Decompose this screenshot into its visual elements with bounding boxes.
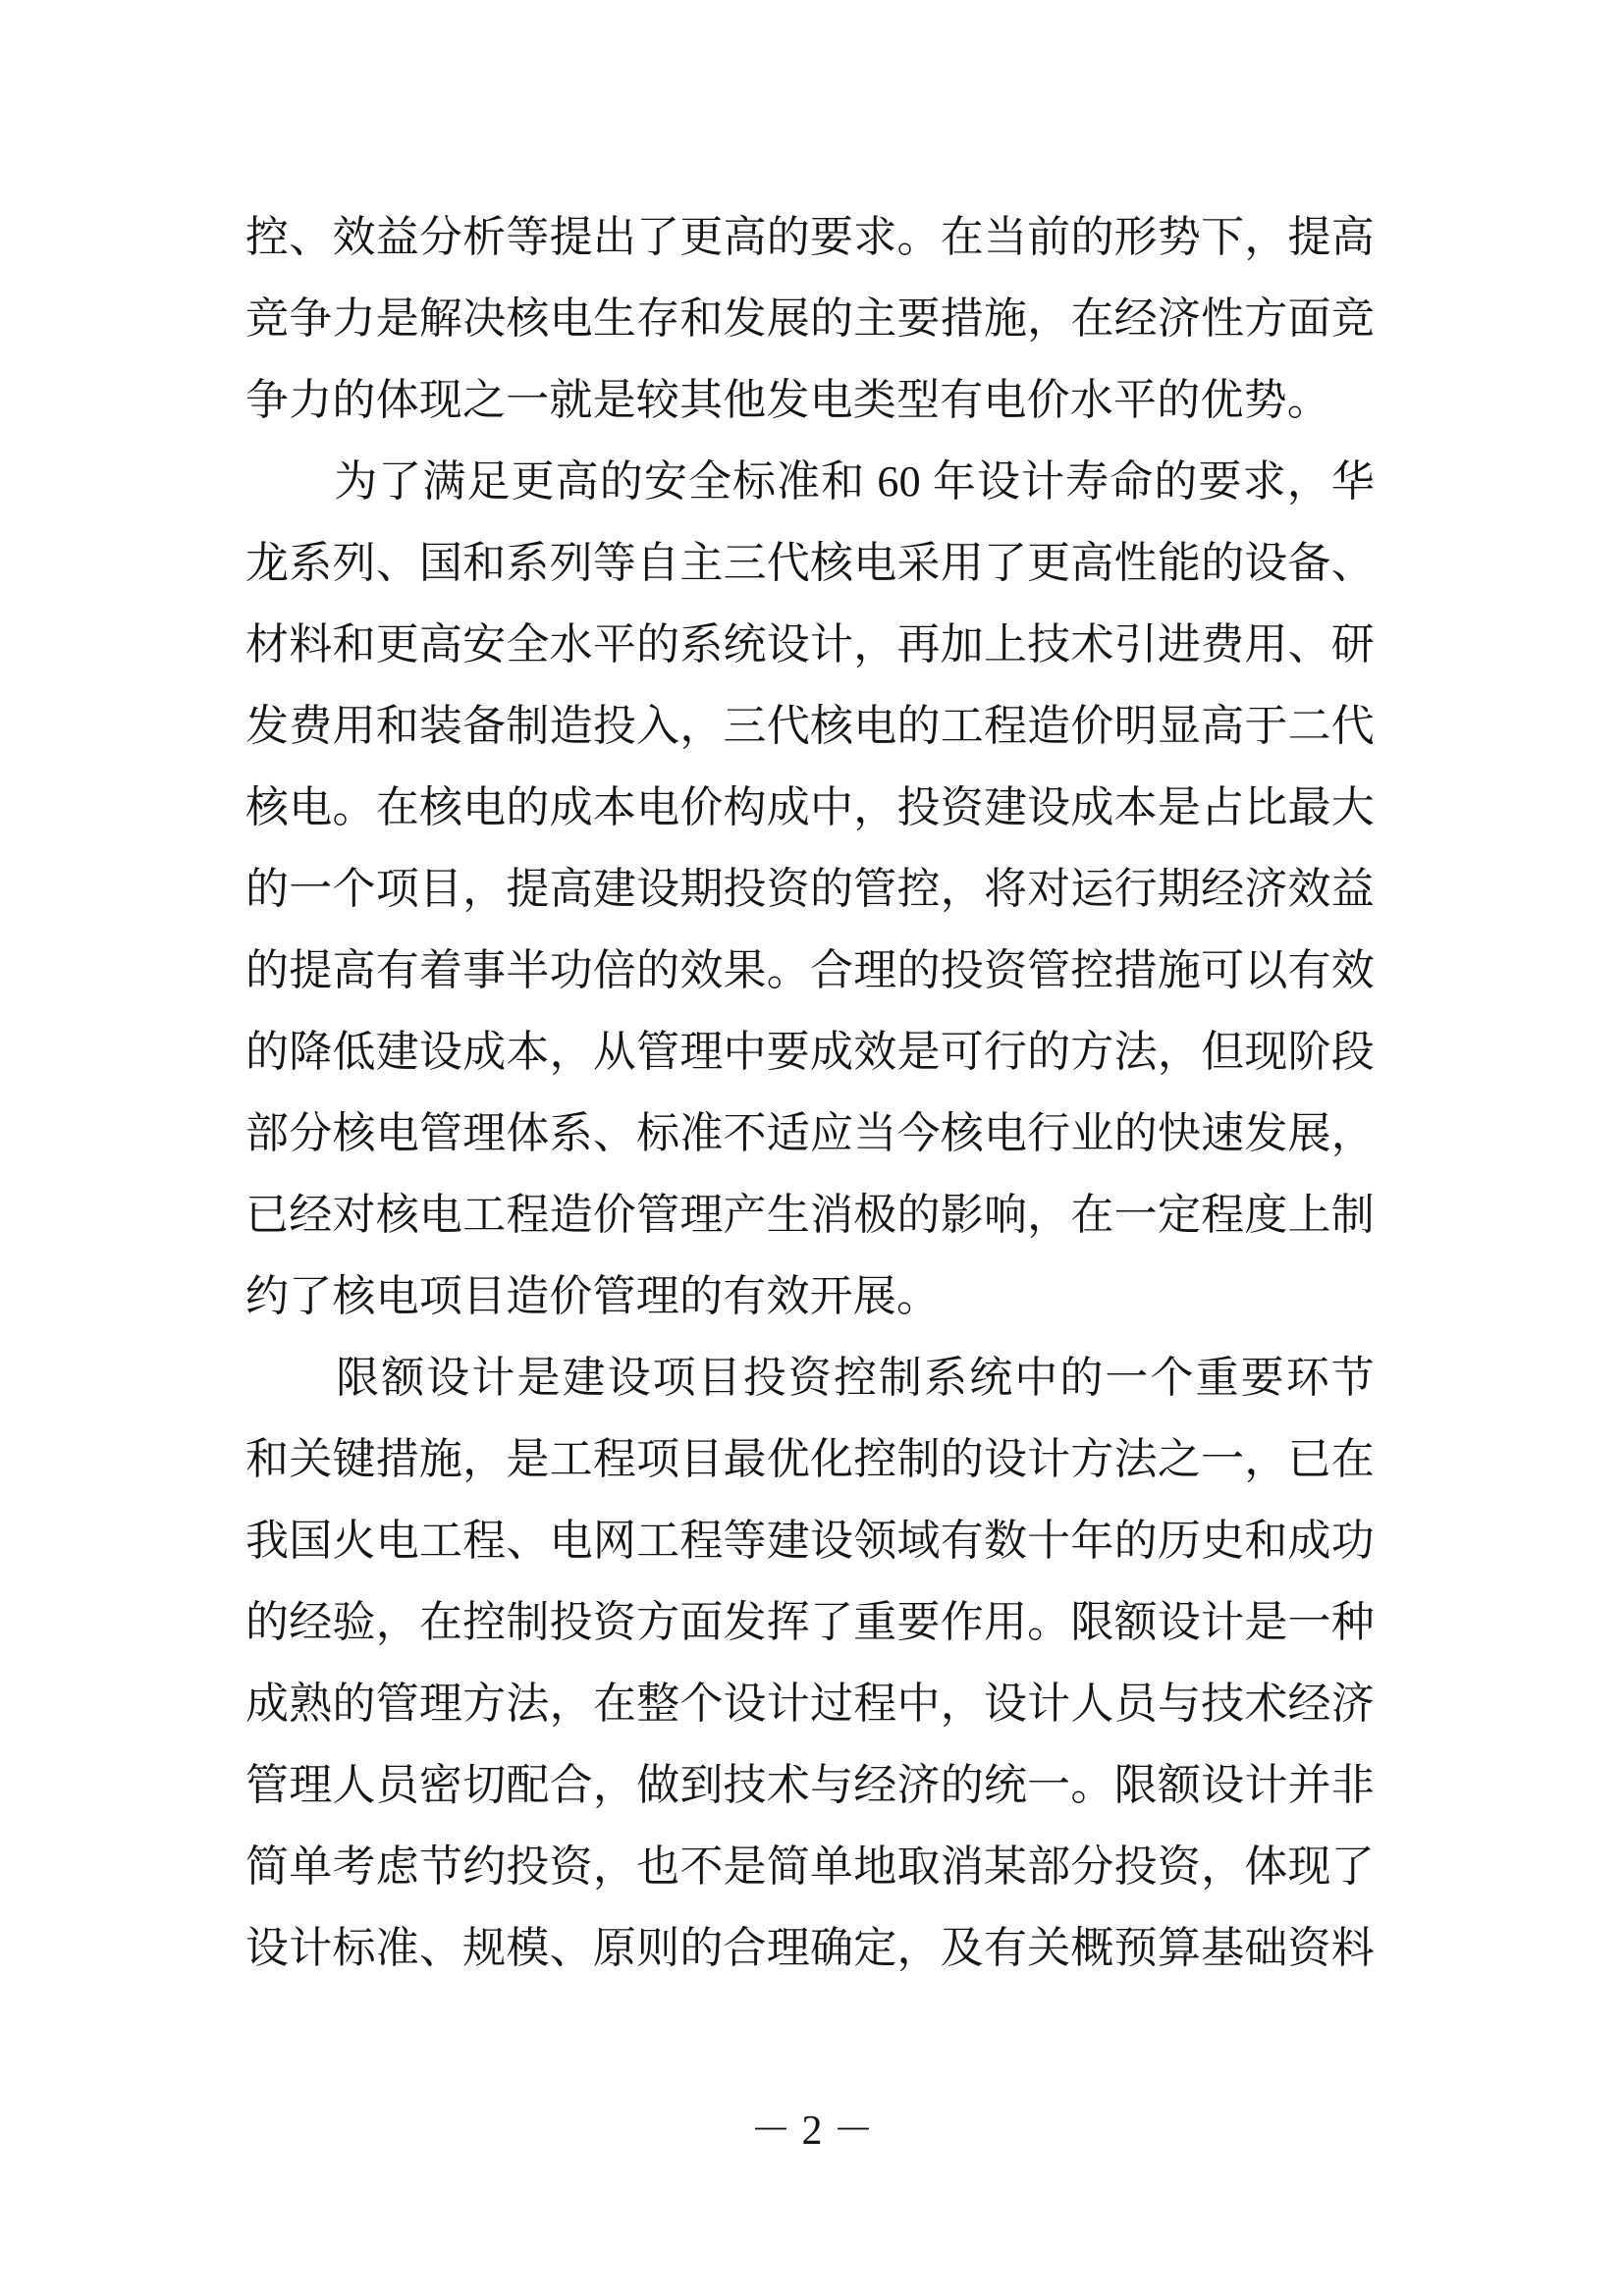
body-line-8: 核电。在核电的成本电价构成中，投资建设成本是占比最大: [245, 767, 1375, 848]
body-line-7: 发费用和装备制造投入，三代核电的工程造价明显高于二代: [245, 685, 1375, 767]
body-line-4: 为了满足更高的安全标准和 60 年设计寿命的要求，华: [245, 441, 1375, 522]
document-page: 控、效益分析等提出了更高的要求。在当前的形势下，提高 竞争力是解决核电生存和发展…: [0, 0, 1624, 2296]
body-line-16: 和关键措施，是工程项目最优化控制的设计方法之一，已在: [245, 1418, 1375, 1500]
body-line-17: 我国火电工程、电网工程等建设领域有数十年的历史和成功: [245, 1500, 1375, 1581]
body-line-3: 争力的体现之一就是较其他发电类型有电价水平的优势。: [245, 359, 1375, 441]
body-line-21: 简单考虑节约投资，也不是简单地取消某部分投资，体现了: [245, 1826, 1375, 1907]
page-number: － 2 －: [0, 2110, 1624, 2152]
body-line-5: 龙系列、国和系列等自主三代核电采用了更高性能的设备、: [245, 522, 1375, 604]
body-line-6: 材料和更高安全水平的系统设计，再加上技术引进费用、研: [245, 604, 1375, 685]
body-line-22: 设计标准、规模、原则的合理确定，及有关概预算基础资料: [245, 1907, 1375, 1989]
body-text: 控、效益分析等提出了更高的要求。在当前的形势下，提高 竞争力是解决核电生存和发展…: [245, 196, 1375, 1989]
body-line-11: 的降低建设成本，从管理中要成效是可行的方法，但现阶段: [245, 1011, 1375, 1093]
body-line-1: 控、效益分析等提出了更高的要求。在当前的形势下，提高: [245, 196, 1375, 278]
body-line-14: 约了核电项目造价管理的有效开展。: [245, 1255, 1375, 1337]
body-line-18: 的经验，在控制投资方面发挥了重要作用。限额设计是一种: [245, 1581, 1375, 1663]
body-line-13: 已经对核电工程造价管理产生消极的影响，在一定程度上制: [245, 1174, 1375, 1255]
body-line-9: 的一个项目，提高建设期投资的管控，将对运行期经济效益: [245, 848, 1375, 930]
body-line-2: 竞争力是解决核电生存和发展的主要措施，在经济性方面竞: [245, 278, 1375, 359]
body-line-20: 管理人员密切配合，做到技术与经济的统一。限额设计并非: [245, 1744, 1375, 1826]
body-line-12: 部分核电管理体系、标准不适应当今核电行业的快速发展，: [245, 1093, 1375, 1174]
body-line-19: 成熟的管理方法，在整个设计过程中，设计人员与技术经济: [245, 1663, 1375, 1744]
body-line-15: 限额设计是建设项目投资控制系统中的一个重要环节: [245, 1337, 1375, 1418]
body-line-10: 的提高有着事半功倍的效果。合理的投资管控措施可以有效: [245, 930, 1375, 1011]
